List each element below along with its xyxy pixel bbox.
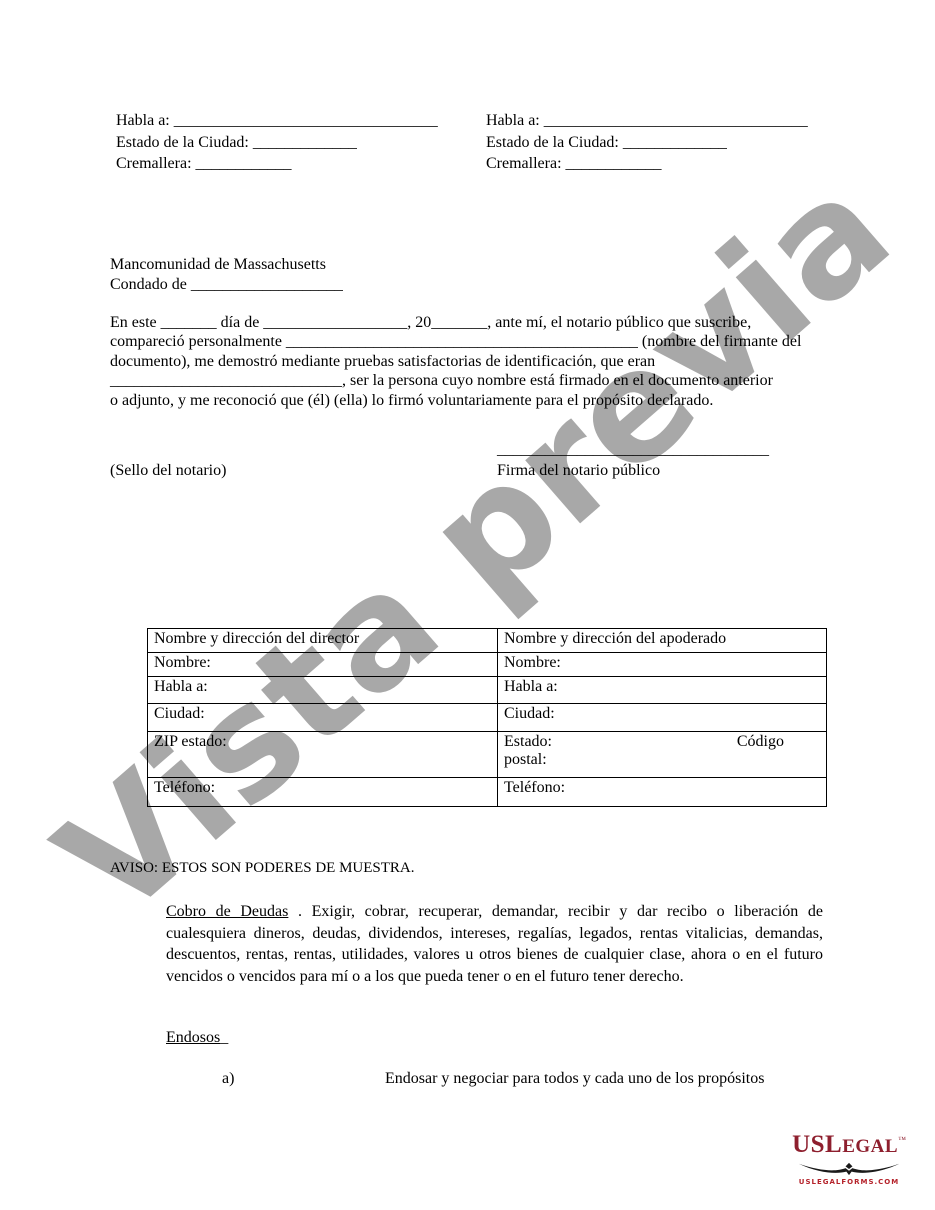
trademark-symbol: ™: [898, 1135, 906, 1144]
table-cell: Nombre:: [148, 653, 498, 677]
table-row: Nombre: Nombre:: [148, 653, 827, 677]
table-row: ZIP estado: Estado: Código postal:: [148, 732, 827, 778]
endorsements-heading: Endosos_: [166, 1029, 228, 1047]
table-row: Ciudad: Ciudad:: [148, 704, 827, 732]
table-header-row: Nombre y dirección del director Nombre y…: [148, 629, 827, 653]
county-line: Condado de ___________________: [110, 275, 343, 295]
list-item-text: Endosar y negociar para todos y cada uno…: [385, 1070, 764, 1088]
notary-line: _____________________________, ser la pe…: [110, 371, 826, 390]
sample-powers-notice: AVISO: ESTOS SON PODERES DE MUESTRA.: [110, 860, 415, 877]
table-cell: Ciudad:: [498, 704, 827, 732]
notary-line: En este _______ día de _________________…: [110, 313, 826, 332]
notary-paragraph: En este _______ día de _________________…: [110, 313, 826, 410]
brand-prefix: USL: [792, 1131, 842, 1158]
notary-signature-label: Firma del notario público: [497, 462, 660, 480]
document-content: Habla a: _______________________________…: [0, 0, 935, 1210]
endorsements-heading-trailing: _: [220, 1029, 228, 1046]
address-block-left: Habla a: _______________________________…: [116, 110, 438, 175]
table-header-apoderado: Nombre y dirección del apoderado: [498, 629, 827, 653]
table-row: Teléfono: Teléfono:: [148, 778, 827, 807]
estado-label: Estado:: [504, 733, 552, 751]
uslegal-site-text: USLEGALFORMS.COM: [790, 1178, 908, 1186]
table-cell: ZIP estado:: [148, 732, 498, 778]
table-cell: Teléfono:: [498, 778, 827, 807]
address-line: Cremallera: ____________: [486, 153, 808, 175]
endorsements-heading-text: Endosos: [166, 1029, 220, 1046]
estado-codigo-line: Estado: Código: [504, 733, 822, 751]
table-cell-estado-codigo-postal: Estado: Código postal:: [498, 732, 827, 778]
eagle-icon: [797, 1161, 901, 1177]
codigo-label: Código: [737, 733, 784, 751]
table-row: Habla a: Habla a:: [148, 677, 827, 704]
uslegal-logo: USLEGAL™ USLEGALFORMS.COM: [790, 1128, 908, 1186]
notary-seal-label: (Sello del notario): [110, 462, 226, 480]
table-cell: Ciudad:: [148, 704, 498, 732]
address-line: Habla a: _______________________________…: [116, 110, 438, 132]
table-cell: Teléfono:: [148, 778, 498, 807]
address-line: Habla a: _______________________________…: [486, 110, 808, 132]
debt-collection-heading: Cobro de Deudas: [166, 903, 288, 920]
commonwealth-line: Mancomunidad de Massachusetts: [110, 255, 343, 275]
brand-suffix: EGAL: [842, 1136, 898, 1157]
table-cell: Habla a:: [148, 677, 498, 704]
debt-collection-paragraph: Cobro de Deudas . Exigir, cobrar, recupe…: [166, 901, 823, 987]
notary-signature-line: __________________________________: [497, 441, 769, 459]
postal-label: postal:: [504, 751, 822, 769]
notary-line: o adjunto, y me reconoció que (él) (ella…: [110, 391, 826, 410]
uslegal-brand-text: USLEGAL™: [790, 1128, 908, 1160]
address-line: Estado de la Ciudad: _____________: [486, 132, 808, 154]
table-cell: Nombre:: [498, 653, 827, 677]
table-header-director: Nombre y dirección del director: [148, 629, 498, 653]
notary-line: compareció personalmente _______________…: [110, 332, 826, 351]
table-cell: Habla a:: [498, 677, 827, 704]
list-item-letter: a): [222, 1070, 234, 1088]
address-block-right: Habla a: _______________________________…: [486, 110, 808, 175]
principal-agent-table: Nombre y dirección del director Nombre y…: [147, 628, 827, 807]
notary-line: documento), me demostró mediante pruebas…: [110, 352, 826, 371]
address-line: Estado de la Ciudad: _____________: [116, 132, 438, 154]
document-page: Vista previa Habla a: __________________…: [0, 0, 935, 1210]
address-line: Cremallera: ____________: [116, 153, 438, 175]
commonwealth-block: Mancomunidad de Massachusetts Condado de…: [110, 255, 343, 294]
